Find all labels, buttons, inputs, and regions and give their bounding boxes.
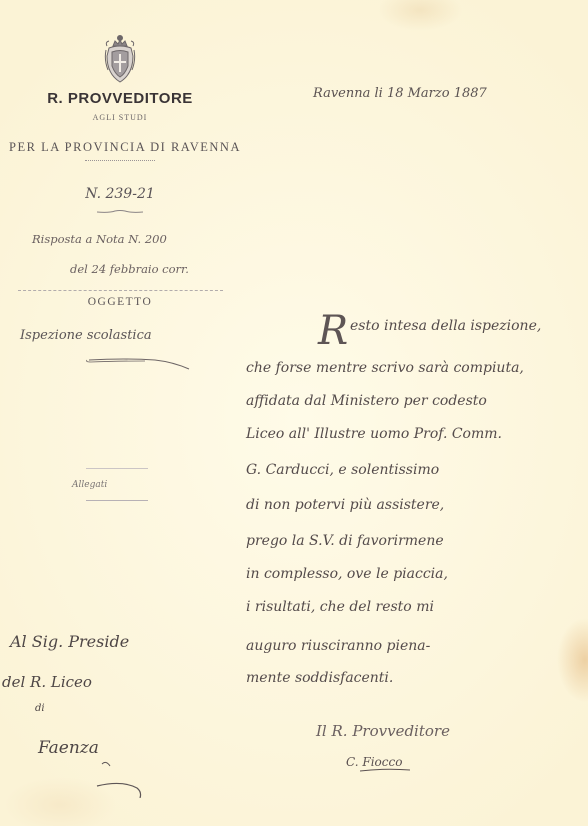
paper-background xyxy=(0,0,588,826)
body-line: Liceo all' Illustre uomo Prof. Comm. xyxy=(246,426,502,442)
protocol-number: N. 239-21 xyxy=(0,186,240,202)
office-title: R. PROVVEDITORE xyxy=(0,90,240,107)
body-line: prego la S.V. di favorirmene xyxy=(246,533,444,549)
body-line: in complesso, ove le piaccia, xyxy=(246,566,448,582)
coat-of-arms-icon xyxy=(103,34,137,84)
subject-label: OGGETTO xyxy=(0,296,240,308)
body-line: auguro riusciranno piena- xyxy=(246,638,430,654)
reply-date: del 24 febbraio corr. xyxy=(70,262,189,276)
addressee-line: Al Sig. Preside xyxy=(10,632,129,651)
divider xyxy=(85,160,155,162)
flourish-ornament xyxy=(85,357,190,371)
divider xyxy=(86,500,148,501)
body-line: mente soddisfacenti. xyxy=(246,670,393,686)
body-line: esto intesa della ispezione, xyxy=(350,318,541,334)
divider xyxy=(86,468,148,469)
body-initial: R xyxy=(318,308,348,354)
addressee-line: di xyxy=(35,703,45,714)
body-line: affidata dal Ministero per codesto xyxy=(246,393,487,409)
signature-title: Il R. Provveditore xyxy=(316,722,450,740)
addressee-city: Faenza xyxy=(38,738,99,758)
province-name: PER LA PROVINCIA DI RAVENNA xyxy=(0,140,250,155)
body-line: i risultati, che del resto mi xyxy=(246,599,434,615)
signature-underline xyxy=(360,767,410,773)
attachments-label: Allegati xyxy=(72,480,107,490)
reply-reference: Risposta a Nota N. 200 xyxy=(32,232,167,246)
body-line: che forse mentre scrivo sarà compiuta, xyxy=(246,360,524,376)
divider xyxy=(18,290,223,292)
body-line: G. Carducci, e solentissimo xyxy=(246,462,439,478)
addressee-line: del R. Liceo xyxy=(2,673,92,691)
date-line: Ravenna li 18 Marzo 1887 xyxy=(313,86,487,101)
flourish-ornament xyxy=(97,210,143,214)
office-subtitle: AGLI STUDI xyxy=(0,113,240,122)
body-line: di non potervi più assistere, xyxy=(246,497,444,513)
flourish-ornament xyxy=(92,758,152,798)
subject-value: Ispezione scolastica xyxy=(20,328,152,343)
